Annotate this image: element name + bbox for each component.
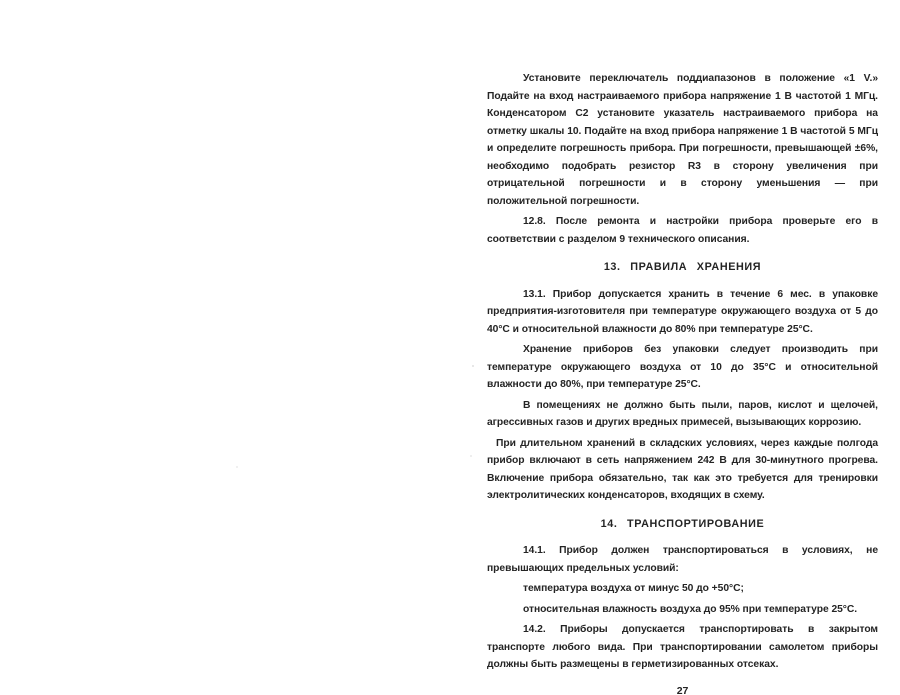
paragraph-calibration: Установите переключатель поддиапазонов в… [487,70,878,210]
scan-noise-speck [472,365,474,367]
scan-noise-speck [236,466,238,468]
scanned-manual-page: Установите переключатель поддиапазонов в… [0,0,900,695]
paragraph-14-2: 14.2. Приборы допускается транспортирова… [487,621,878,674]
paragraph-room-conditions: В помещениях не должно быть пыли, паров,… [487,397,878,432]
paragraph-13-1: 13.1. Прибор допускается хранить в течен… [487,286,878,339]
list-item-relative-humidity: относительная влажность воздуха до 95% п… [487,601,878,619]
scan-noise-speck [858,462,861,464]
section-heading-13-storage-rules: 13. ПРАВИЛА ХРАНЕНИЯ [487,259,878,277]
paragraph-14-1: 14.1. Прибор должен транспортироваться в… [487,542,878,577]
scan-noise-speck [470,455,472,457]
paragraph-storage-unpacked: Хранение приборов без упаковки следует п… [487,341,878,394]
paragraph-12-8: 12.8. После ремонта и настройки прибора … [487,213,878,248]
page-number: 27 [487,683,878,695]
list-item-air-temperature: температура воздуха от минус 50 до +50°С… [487,580,878,598]
section-heading-14-transportation: 14. ТРАНСПОРТИРОВАНИЕ [487,516,878,534]
page-content: Установите переключатель поддиапазонов в… [487,70,878,695]
paragraph-long-term-storage: При длительном хранений в складских усло… [487,435,878,505]
